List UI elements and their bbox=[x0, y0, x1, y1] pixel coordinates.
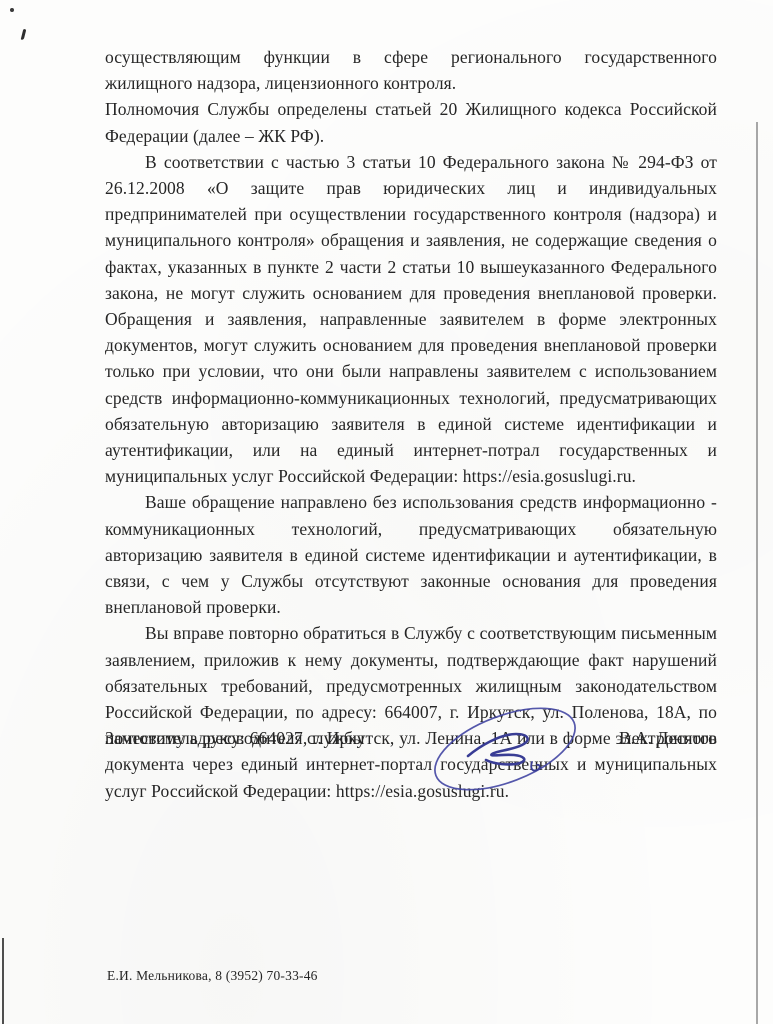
signer-position-label: Заместитель руководителя службы bbox=[105, 728, 365, 749]
body-paragraph: осуществляющим функции в сфере региональ… bbox=[105, 44, 717, 96]
body-paragraph: Вы вправе повторно обратиться в Службу с… bbox=[105, 620, 717, 803]
scan-edge-line-left bbox=[2, 938, 4, 1024]
body-paragraph: Полномочия Службы определены статьей 20 … bbox=[105, 96, 717, 148]
body-paragraph: В соответствии с частью 3 статьи 10 Феде… bbox=[105, 149, 717, 490]
scan-artifact-mark bbox=[21, 29, 27, 40]
scan-artifact-dot bbox=[10, 8, 14, 12]
scan-edge-line-right bbox=[756, 122, 758, 1024]
signer-name: В.А. Десятов bbox=[619, 728, 717, 749]
body-paragraph: Ваше обращение направлено без использова… bbox=[105, 489, 717, 620]
executor-contact: Е.И. Мельникова, 8 (3952) 70-33-46 bbox=[107, 968, 318, 984]
scanned-letter-page: осуществляющим функции в сфере региональ… bbox=[0, 0, 773, 1024]
handwritten-signature-icon bbox=[428, 694, 584, 808]
signature-block: Заместитель руководителя службы В.А. Дес… bbox=[105, 728, 717, 749]
letter-body: осуществляющим функции в сфере региональ… bbox=[105, 44, 717, 804]
